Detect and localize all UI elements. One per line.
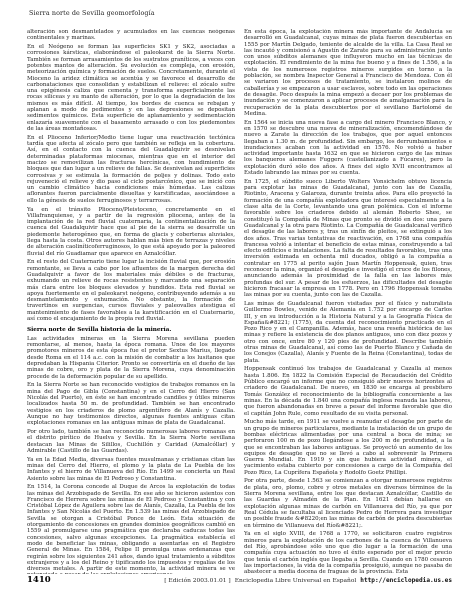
right-column: En esta época, la explotación minera más… [244,29,452,574]
paragraph: En el Neógeno se forman las superficies … [27,44,235,132]
paragraph: En esta época, la explotación minera más… [244,29,452,117]
paragraph: Ya en la Edad Media, diversas fuentes mu… [27,457,235,482]
running-header: Sierra norte de Sevilla geomorfología [29,9,155,17]
paragraph: Mucho más tarde, en 1911 se vuelve a rea… [244,419,452,476]
site-url: http://enciclopedia.us.es [360,577,452,584]
page-footer: 1410 [ Edición 2003.01.01 ] Enciclopedia… [27,575,452,585]
paragraph: En 1725, el súbdito sueco Liberto Wolter… [244,179,452,299]
paragraph: En 1564 se inicia una nueva fase a cargo… [244,120,452,177]
left-column: alteración son desmantelados y acumulado… [27,29,235,574]
paragraph: En el Plioceno Inferior/Medio tiene luga… [27,135,235,204]
document-page: Sierra norte de Sevilla geomorfología al… [0,0,474,613]
publication-name: Enciclopedia Libre Universal en Español [235,578,357,584]
paragraph: En 1514, la Corona concede al Duque de A… [27,484,235,574]
paragraph: alteración son desmantelados y acumulado… [27,29,235,42]
paragraph: Por otro lado, también se han reconocido… [27,429,235,454]
paragraph: En la Sierra Norte se han reconocido ves… [27,382,235,426]
two-column-text-body: alteración son desmantelados y acumulado… [27,29,452,574]
footer-credits: [ Edición 2003.01.01 ] Enciclopedia Libr… [164,577,452,584]
paragraph: En el resto del Cuaternario tiene lugar … [27,259,235,322]
paragraph: Las actividades mineras en la Sierra Mor… [27,336,235,380]
paragraph: Hoppensak continuó los trabajos de Guada… [244,366,452,416]
section-heading-historia-mineria: Sierra norte de Sevilla historia de la m… [27,327,235,333]
paragraph: Ya en el siglo XVIII, de 1768 a 1770, se… [244,531,452,574]
edition-label: [ Edición 2003.01.01 ] [164,578,230,584]
paragraph: Ya en el tránsito Plioceno/Pleistoceno, … [27,207,235,257]
page-number: 1410 [27,575,51,585]
paragraph: Por otra parte, desde 1.563 se comienzan… [244,478,452,528]
paragraph: Las minas de Guadalcanal fueron visitada… [244,301,452,364]
